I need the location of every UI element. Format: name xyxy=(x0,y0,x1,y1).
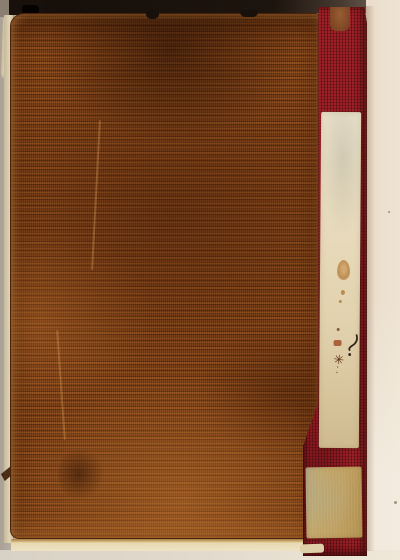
ink-squiggle-mark xyxy=(346,332,359,358)
red-smudge xyxy=(334,340,342,346)
photo-book-cover: Front cover of a worn brown leather-boun… xyxy=(0,0,400,560)
backdrop-speck xyxy=(394,501,397,504)
backdrop-speck xyxy=(388,211,390,213)
stain-spot xyxy=(337,328,340,331)
stain-spot xyxy=(339,300,342,303)
book-edge-shadow xyxy=(365,6,375,551)
leather-wear-spot xyxy=(58,448,104,500)
page-edges-bottom xyxy=(11,539,333,551)
top-edge-notch xyxy=(240,10,258,17)
dark-top-strip xyxy=(0,0,366,13)
label-gray-discoloration xyxy=(320,112,361,232)
tan-lower-label xyxy=(306,467,363,539)
spine-top-wear-patch xyxy=(330,7,350,31)
cream-spine-label: ✳ ⁚ xyxy=(319,112,361,448)
leather-front-cover xyxy=(10,13,320,539)
stamp-mark: ✳ ⁚ xyxy=(325,353,349,386)
top-edge-notch xyxy=(146,10,159,19)
stain-spot xyxy=(341,290,345,295)
spine-bottom-wear-patch xyxy=(300,544,324,554)
teardrop-stain xyxy=(337,260,350,280)
